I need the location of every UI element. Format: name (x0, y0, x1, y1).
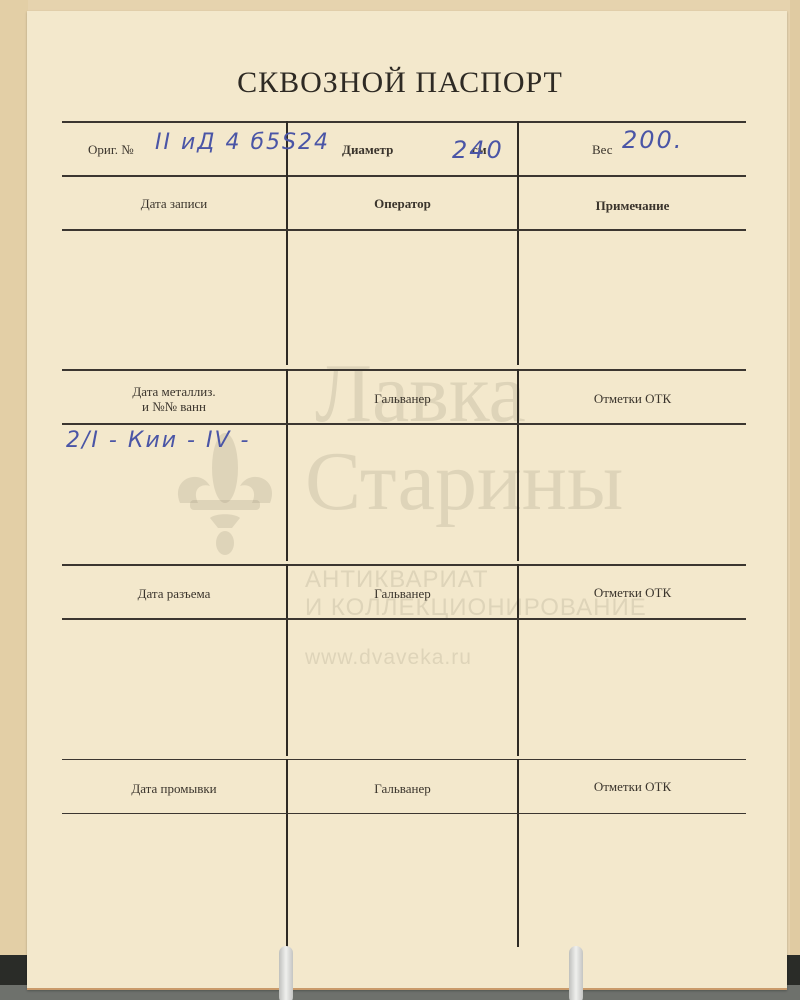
weight-value[interactable]: 200. (622, 126, 683, 154)
metallization-entry[interactable]: 2/I - Кии - IV - (66, 428, 250, 453)
divider (62, 369, 746, 371)
column-header-record-date: Дата записи (62, 196, 286, 212)
divider (62, 759, 746, 760)
divider (62, 423, 746, 425)
divider (517, 121, 519, 176)
column-header-metallization-line1: Дата металлиз. (62, 384, 286, 399)
divider (62, 175, 746, 177)
divider (62, 618, 746, 620)
column-header-galvanizer: Гальванер (288, 781, 517, 797)
display-stand-clip (569, 946, 583, 1000)
column-header-note: Примечание (519, 198, 746, 214)
divider (62, 564, 746, 566)
divider (62, 813, 746, 814)
column-header-galvanizer: Гальванер (288, 586, 517, 602)
diameter-label: Диаметр (342, 142, 393, 158)
diameter-value[interactable]: 240 (452, 136, 504, 164)
column-header-qc-marks: Отметки ОТК (519, 779, 746, 795)
column-header-metallization-line2: и №№ ванн (62, 399, 286, 414)
watermark-url: www.dvaveka.ru (305, 646, 472, 670)
orig-number-label: Ориг. № (88, 142, 134, 158)
watermark-line2: Старины (305, 440, 623, 524)
column-header-metallization-date: Дата металлиз. и №№ ванн (62, 384, 286, 414)
document-title: СКВОЗНОЙ ПАСПОРТ (0, 66, 800, 100)
background-left (0, 0, 28, 1000)
divider (62, 229, 746, 231)
orig-number-value[interactable]: II иД 4 б5Ѕ24 (155, 130, 330, 155)
column-header-operator: Оператор (288, 196, 517, 212)
background-right (790, 0, 800, 960)
column-header-qc-marks: Отметки ОТК (519, 585, 746, 601)
column-header-galvanizer: Гальванер (288, 391, 517, 407)
weight-label: Вес (592, 142, 613, 158)
divider (62, 121, 746, 123)
column-header-rinse-date: Дата промывки (62, 781, 286, 797)
column-header-qc-marks: Отметки ОТК (519, 391, 746, 407)
column-header-separation-date: Дата разъема (62, 586, 286, 602)
display-stand-clip (279, 946, 293, 1000)
